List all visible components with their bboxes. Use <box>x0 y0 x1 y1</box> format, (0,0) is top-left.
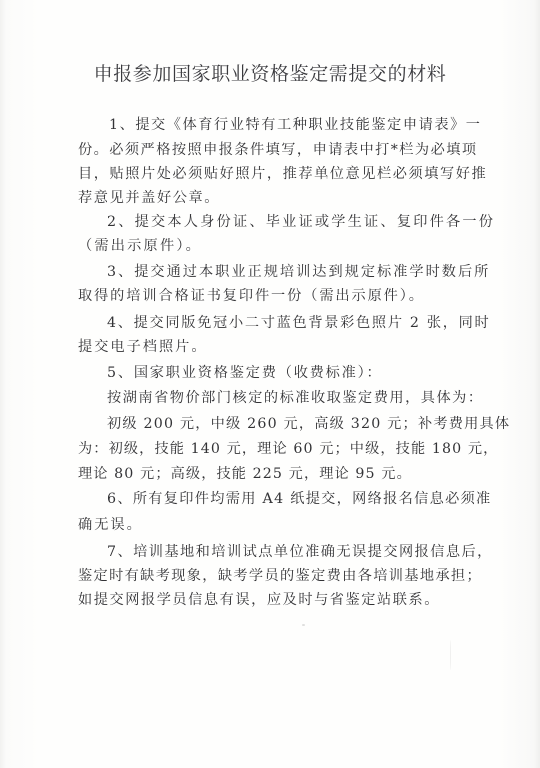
item-5-line-1: 5、国家职业资格鉴定费（收费标准）： <box>107 364 383 382</box>
item-4-line-2: 提交电子档照片。 <box>78 338 208 356</box>
item-1-line-3: 目，贴照片处必须贴好照片，推荐单位意见栏必须填写好推 <box>78 165 487 183</box>
item-3-line-1: 3、提交通过本职业正规培训达到规定标准学时数后所 <box>107 263 490 281</box>
item-3-line-2: 取得的培训合格证书复印件一份（需出示原件）。 <box>78 287 425 305</box>
item-1-line-2: 份。必须严格按照申报条件填写，申请表中打*栏为必填项 <box>78 141 477 159</box>
item-7-line-3: 如提交网报学员信息有误，应及时与省鉴定站联系。 <box>78 591 440 609</box>
item-2-line-2: （需出示原件）。 <box>78 237 202 255</box>
scan-speck <box>326 176 328 179</box>
document-title: 申报参加国家职业资格鉴定需提交的材料 <box>0 59 540 86</box>
item-5-line-5: 理论 80 元；高级，技能 225 元，理论 95 元。 <box>78 465 412 483</box>
item-1-line-4: 荐意见并盖好公章。 <box>78 189 220 207</box>
scan-speck <box>450 640 451 670</box>
item-7-line-1: 7、培训基地和培训试点单位准确无误提交网报信息后， <box>107 543 493 561</box>
item-5-line-4: 为：初级，技能 140 元，理论 60 元；中级，技能 180 元， <box>78 440 498 458</box>
item-1-line-1: 1、提交《体育行业特有工种职业技能鉴定申请表》一 <box>109 116 482 134</box>
scanned-page: 申报参加国家职业资格鉴定需提交的材料 1、提交《体育行业特有工种职业技能鉴定申请… <box>0 0 540 768</box>
item-5-line-2: 按湖南省物价部门核定的标准收取鉴定费用，具体为： <box>107 389 484 407</box>
item-7-line-2: 鉴定时有缺考现象，缺考学员的鉴定费由各培训基地承担； <box>78 567 482 585</box>
item-2-line-1: 2、提交本人身份证、毕业证或学生证、复印件各一份 <box>107 213 495 231</box>
item-6-line-1: 6、所有复印件均需用 A4 纸提交，网络报名信息必须准 <box>107 490 492 508</box>
item-6-line-2: 确无误。 <box>78 516 143 534</box>
scan-speck <box>302 624 305 626</box>
item-5-line-3: 初级 200 元，中级 260 元，高级 320 元；补考费用具体 <box>107 415 510 433</box>
item-4-line-1: 4、提交同版免冠小二寸蓝色背景彩色照片 2 张，同时 <box>107 314 490 332</box>
